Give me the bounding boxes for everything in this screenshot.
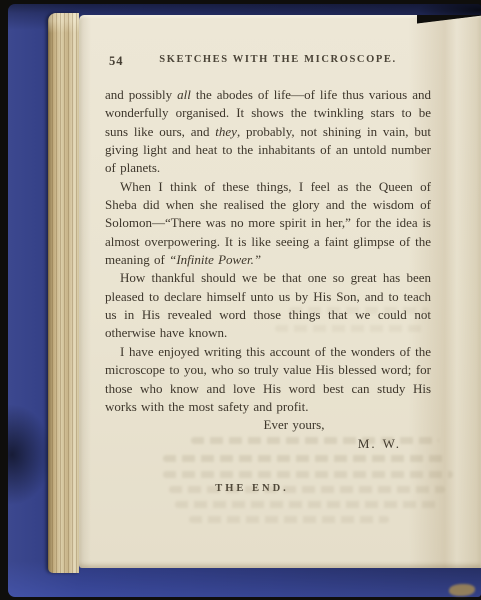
book-page: 54 SKETCHES WITH THE MICROSCOPE. and pos… <box>79 15 481 568</box>
cover-wear-spot <box>449 584 475 596</box>
book-photograph: 54 SKETCHES WITH THE MICROSCOPE. and pos… <box>0 0 481 600</box>
paragraph: I have enjoyed writing this account of t… <box>105 343 431 416</box>
show-through-text-line <box>169 486 445 493</box>
paragraph: and possibly all the abodes of life—of l… <box>105 86 431 178</box>
show-through-text-line <box>189 516 389 523</box>
page-header: 54 SKETCHES WITH THE MICROSCOPE. <box>105 54 431 70</box>
show-through-text-line <box>191 437 439 444</box>
page-fore-edge <box>48 13 79 573</box>
show-through-text-line <box>175 501 437 508</box>
show-through-text-line <box>163 455 447 462</box>
show-through-text-line <box>163 471 453 478</box>
page-text: and possibly all the abodes of life—of l… <box>105 86 431 453</box>
paragraph: When I think of these things, I feel as … <box>105 178 431 270</box>
photo-corner-shadow <box>417 15 481 29</box>
show-through-text-line <box>275 325 425 332</box>
valediction: Ever yours, <box>131 416 457 434</box>
show-through-text-line <box>289 307 429 314</box>
running-header: SKETCHES WITH THE MICROSCOPE. <box>115 54 441 65</box>
paragraphs: and possibly all the abodes of life—of l… <box>105 86 431 416</box>
